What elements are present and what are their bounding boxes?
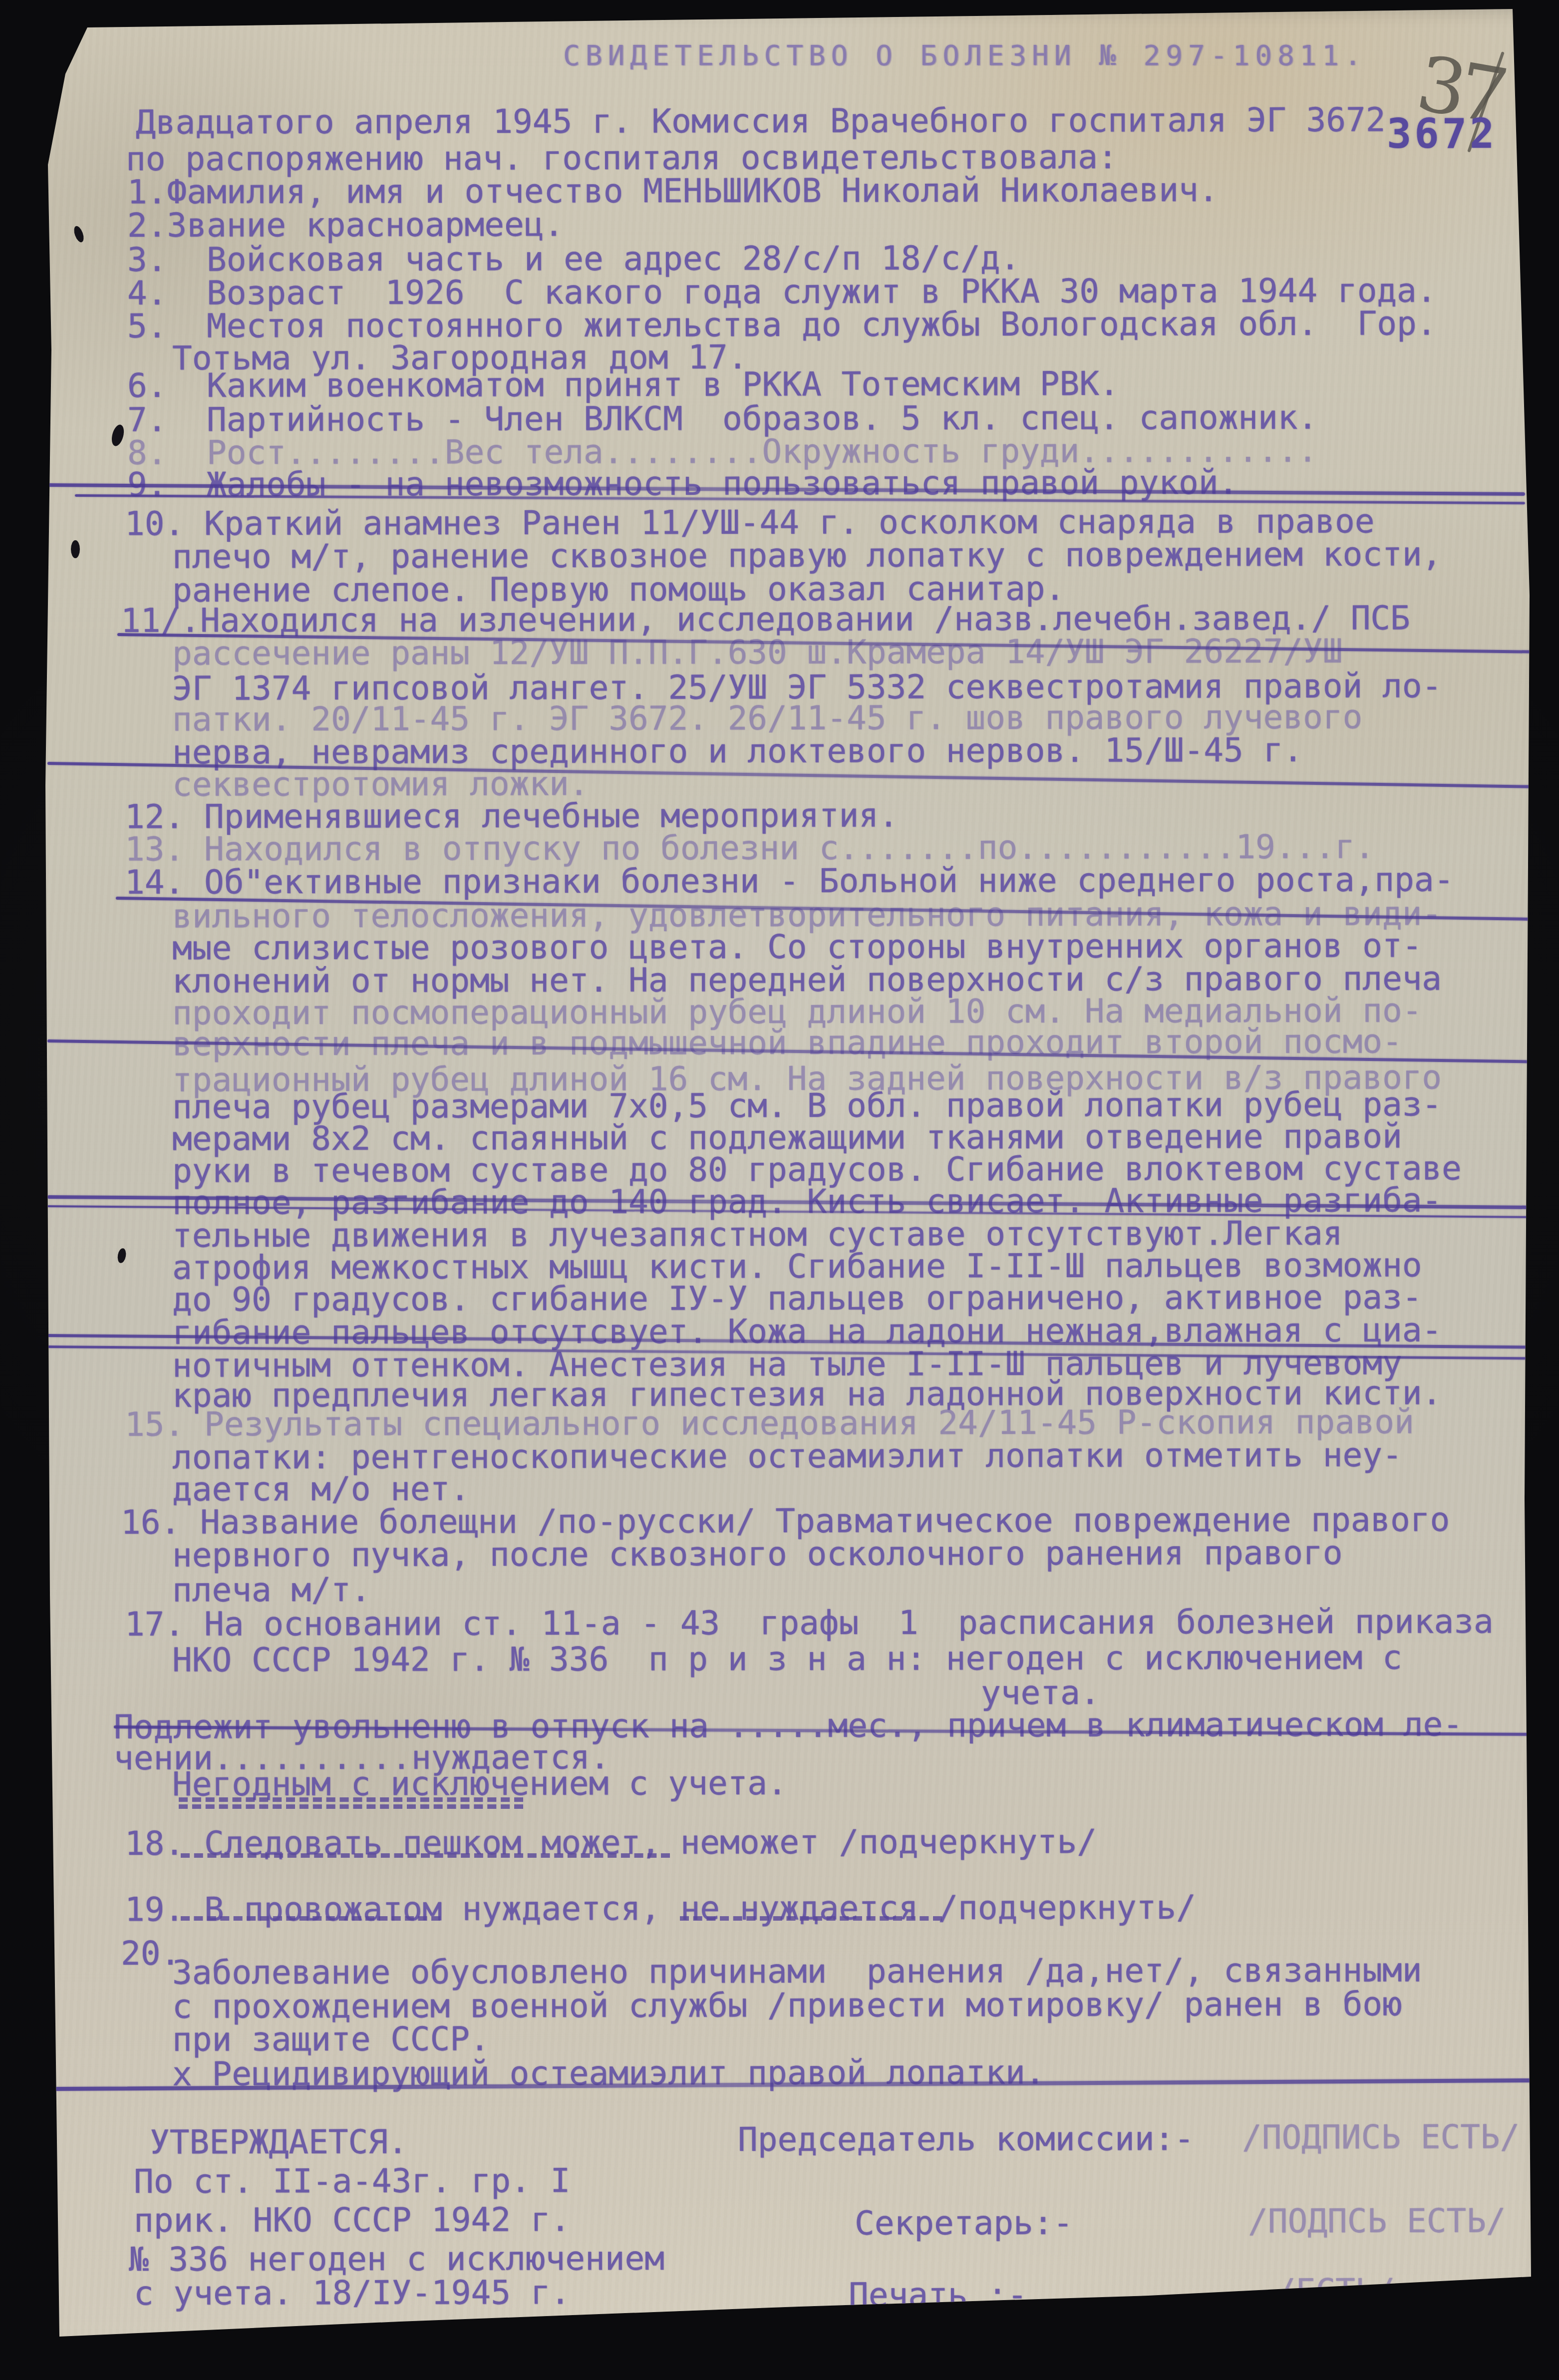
paper-speck [29, 1433, 44, 1465]
paper-speck [110, 423, 126, 447]
paper-speck [72, 225, 86, 243]
document-paper: СВИДЕТЕЛЬСТВО О БОЛЕЗНИ № 297-10811. 37 … [0, 0, 1559, 2380]
scanner-background: { "document": { "title": "СВИДЕТЕЛЬСТВО … [0, 0, 1559, 2380]
paper-speck [117, 1248, 127, 1264]
paper-speck [71, 540, 80, 558]
paper-specks-layer [0, 0, 1559, 2380]
